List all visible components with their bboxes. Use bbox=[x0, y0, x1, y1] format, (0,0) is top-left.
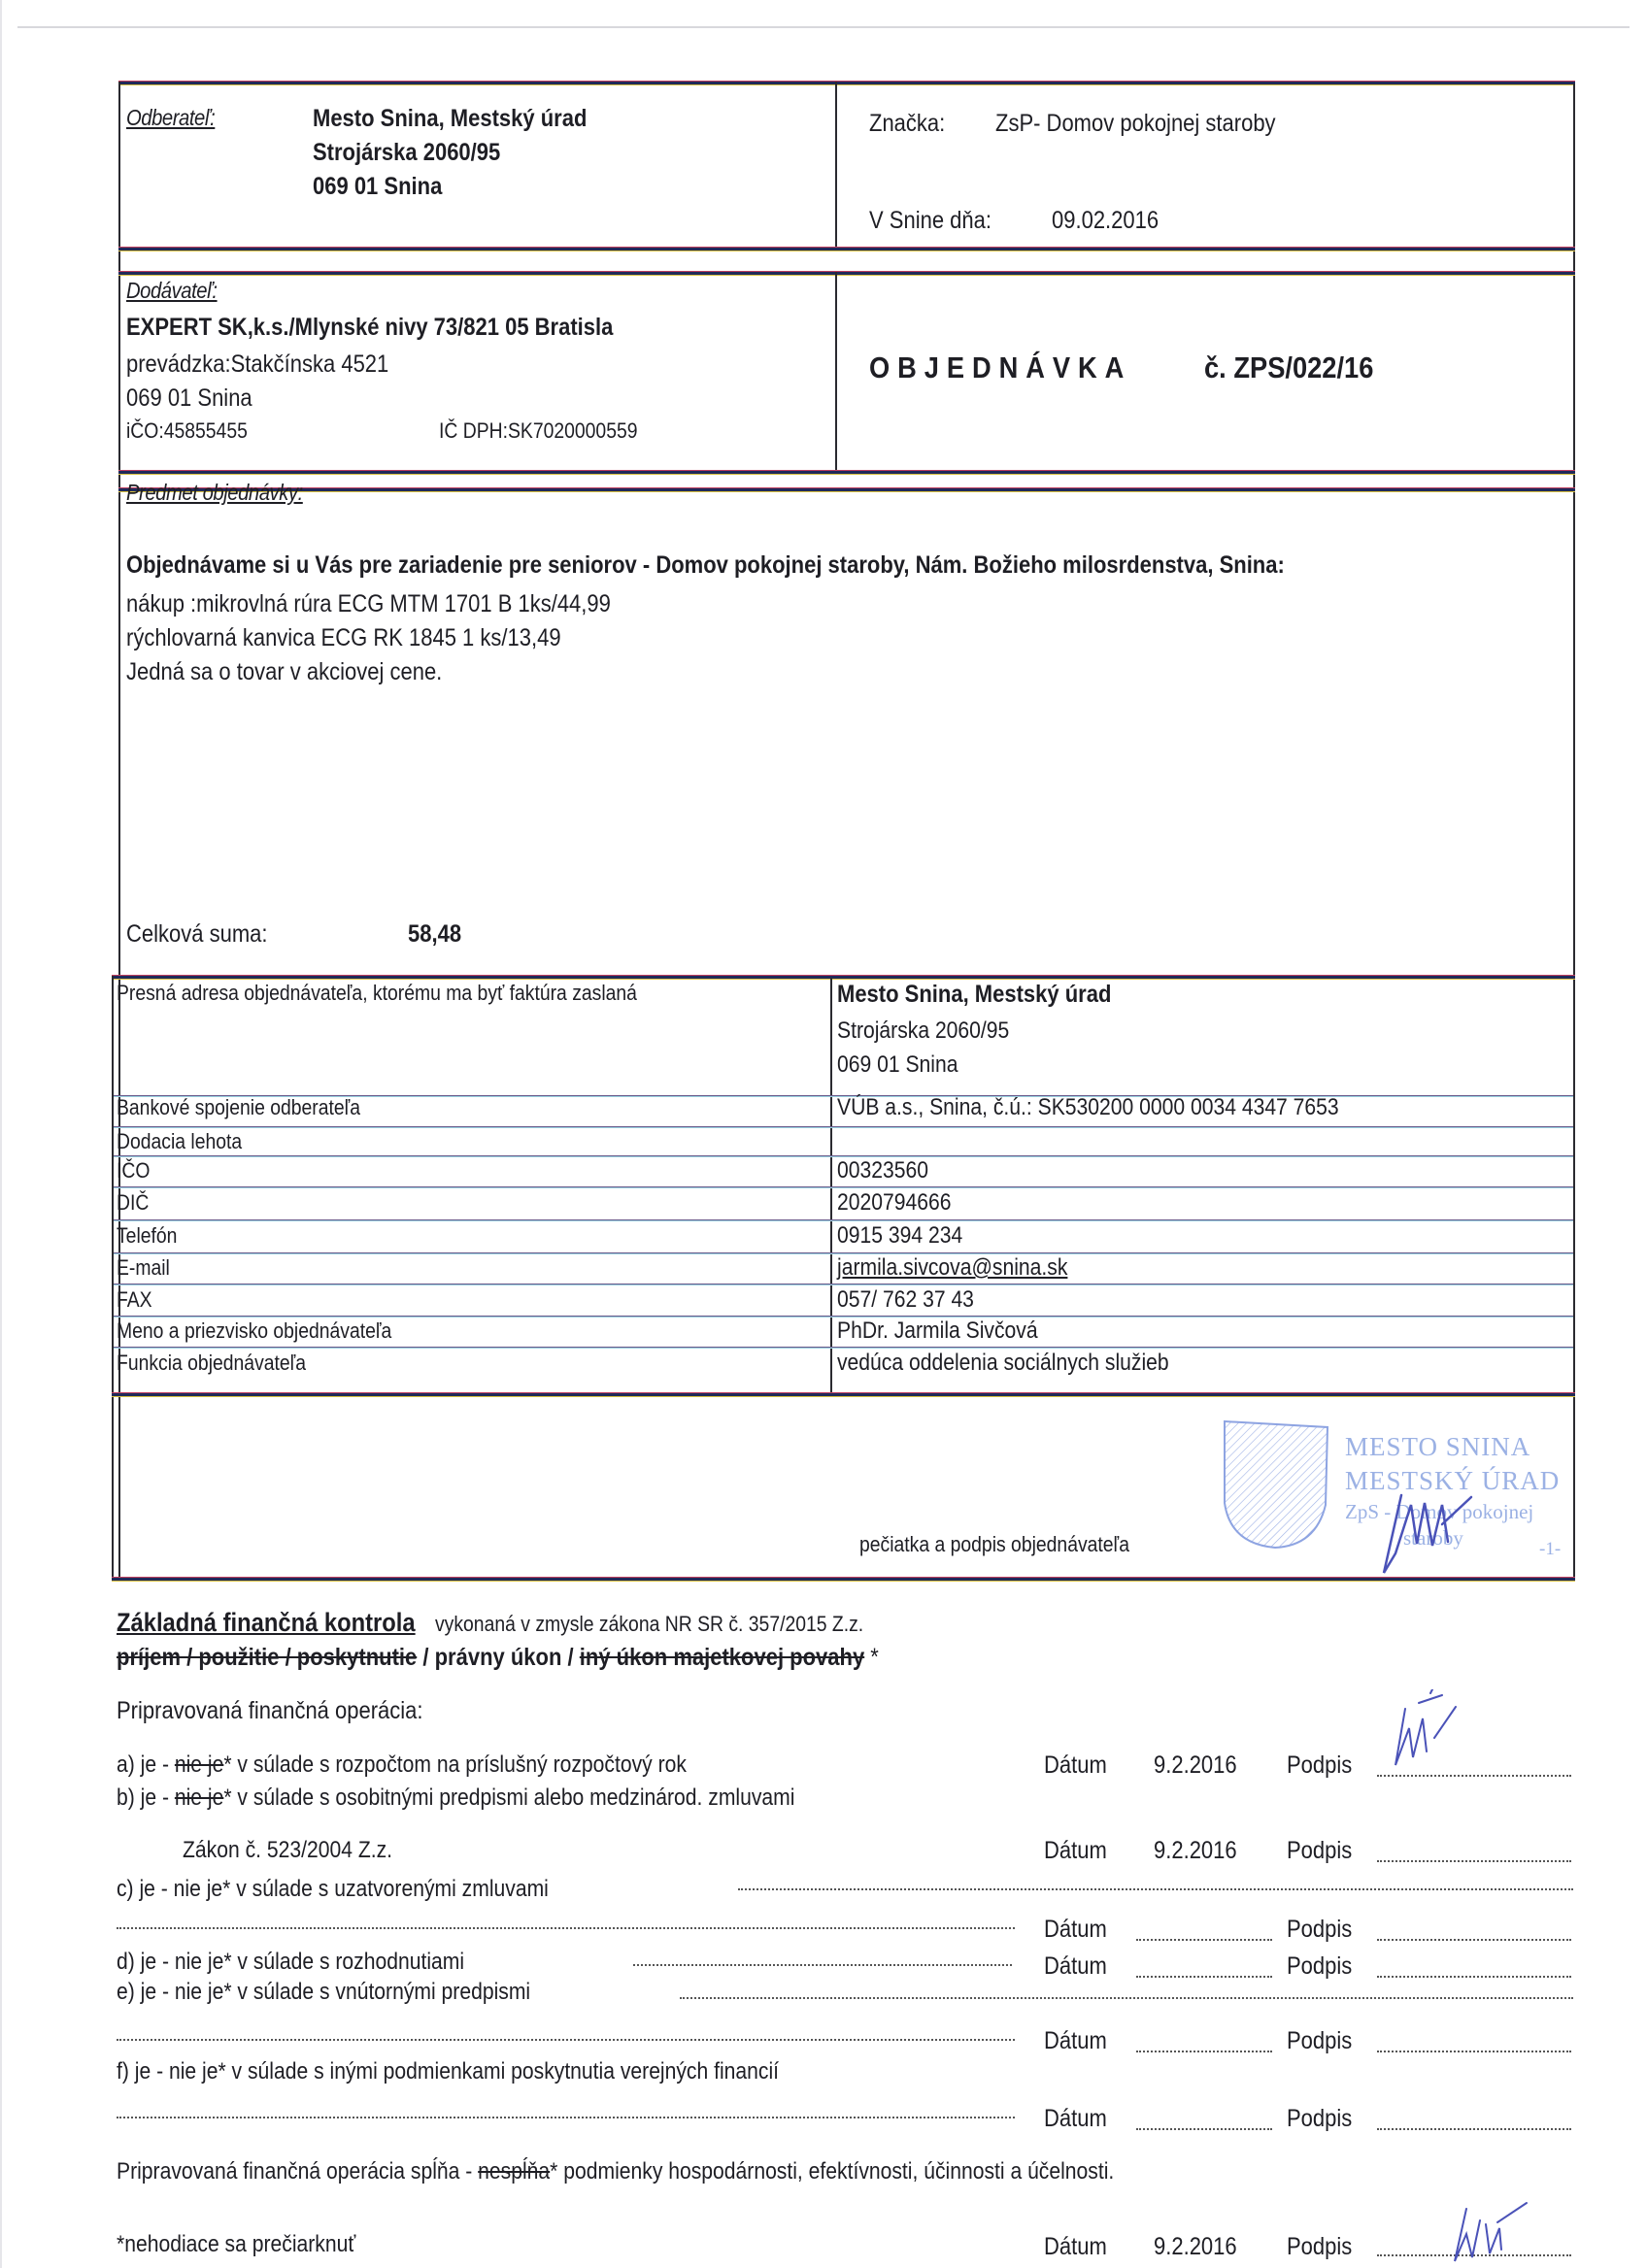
supplier-divider bbox=[835, 272, 837, 471]
fc-item: d) je - nie je* v súlade s rozhodnutiami bbox=[117, 1951, 464, 1974]
details-row-label: E-mail bbox=[117, 1257, 170, 1279]
final-sign-label: Podpis bbox=[1287, 2235, 1352, 2259]
conclusion: Pripravovaná finančná operácia spĺňa - n… bbox=[117, 2160, 1114, 2184]
fc-item-text: * v súlade s uzatvorenými zmluvami bbox=[222, 1876, 549, 1902]
fc-date-label: Dátum bbox=[1044, 1918, 1107, 1942]
signature-final-icon bbox=[1447, 2199, 1534, 2267]
customer-name: Mesto Snina, Mestský úrad bbox=[313, 107, 587, 131]
subject-item-kettle: rýchlovarná kanvica ECG RK 1845 1 ks/13,… bbox=[126, 626, 561, 650]
details-row-label: DIČ bbox=[117, 1192, 149, 1214]
details-row-label: Funkcia objednávateľa bbox=[117, 1352, 306, 1374]
details-top-rule bbox=[112, 976, 1575, 979]
table-border-right bbox=[1573, 83, 1575, 1579]
fc-date-label: Dátum bbox=[1044, 2029, 1107, 2053]
supplier-name: EXPERT SK,k.s./Mlynské nivy 73/821 05 Br… bbox=[126, 316, 613, 340]
subject-label: Predmet objednávky: bbox=[126, 482, 303, 504]
fc-date-label: Dátum bbox=[1044, 1839, 1107, 1863]
details-bottom-rule bbox=[112, 1393, 1575, 1396]
fc-date-label: Dátum bbox=[1044, 2107, 1107, 2131]
operation-type-sep: / bbox=[417, 1644, 434, 1671]
conclusion-pre: Pripravovaná finančná operácia spĺňa - bbox=[117, 2158, 478, 2185]
operation-type-struck-1: príjem / použitie / poskytnutie bbox=[117, 1644, 417, 1671]
fc-e-dots[interactable] bbox=[680, 1997, 1573, 1999]
subject-top-rule bbox=[118, 488, 1575, 491]
fc-item: e) je - nie je* v súlade s vnútornými pr… bbox=[117, 1981, 530, 2004]
date-label: V Snine dňa: bbox=[869, 209, 992, 233]
fc-item: a) je - nie je* v súlade s rozpočtom na … bbox=[117, 1753, 687, 1777]
operation-type-sep-2: / bbox=[561, 1644, 579, 1671]
final-date-value: 9.2.2016 bbox=[1154, 2235, 1237, 2259]
financial-control-title: Základná finančná kontrola bbox=[117, 1610, 416, 1636]
scan-top-rule bbox=[17, 26, 1630, 28]
table-border-top bbox=[118, 82, 1575, 84]
fc-date-label: Dátum bbox=[1044, 1753, 1107, 1778]
fc-item: c) je - nie je* v súlade s uzatvorenými … bbox=[117, 1878, 549, 1901]
header-bottom-rule bbox=[118, 248, 1575, 250]
order-number: č. ZPS/022/16 bbox=[1204, 352, 1373, 383]
details-row-value: 2020794666 bbox=[837, 1191, 951, 1215]
stamp-line-1: MESTO SNINA bbox=[1345, 1432, 1530, 1462]
details-row-rule bbox=[114, 1186, 1573, 1187]
fc-c-dots-2[interactable] bbox=[117, 1927, 1015, 1929]
supplier-ico: iČO:45855455 bbox=[126, 420, 248, 442]
details-row-value: 00323560 bbox=[837, 1159, 928, 1183]
fc-item-struck: nie je bbox=[175, 1784, 223, 1811]
total-label: Celková suma: bbox=[126, 922, 268, 947]
fc-sign-blank[interactable] bbox=[1377, 1939, 1571, 1941]
fc-item-prefix: d) je - nie je bbox=[117, 1949, 223, 1975]
details-row-value: 057/ 762 37 43 bbox=[837, 1288, 974, 1312]
supplier-top-rule bbox=[118, 272, 1575, 275]
operation-type-selected: právny úkon bbox=[435, 1644, 562, 1671]
details-border-left bbox=[112, 976, 114, 1578]
supplier-city: 069 01 Snina bbox=[126, 386, 252, 411]
details-row-rule bbox=[114, 1219, 1573, 1220]
fc-sign-blank[interactable] bbox=[1377, 2128, 1571, 2130]
fc-item-prefix: f) je - nie je bbox=[117, 2058, 218, 2085]
signature-a-icon bbox=[1384, 1689, 1462, 1777]
details-row-rule bbox=[114, 1252, 1573, 1253]
fc-sign-label: Podpis bbox=[1287, 1839, 1352, 1863]
fc-item-text: * v súlade s rozpočtom na príslušný rozp… bbox=[223, 1751, 687, 1778]
order-title: OBJEDNÁVKA bbox=[869, 352, 1131, 383]
scan-edge bbox=[0, 0, 2, 2268]
invoice-address-street: Strojárska 2060/95 bbox=[837, 1019, 1009, 1043]
fc-sign-blank[interactable] bbox=[1377, 1860, 1571, 1862]
fc-item: f) je - nie je* v súlade s inými podmien… bbox=[117, 2060, 779, 2084]
invoice-address-name: Mesto Snina, Mestský úrad bbox=[837, 983, 1111, 1007]
operation-type: príjem / použitie / poskytnutie / právny… bbox=[117, 1646, 879, 1670]
fc-item-prefix: b) je - bbox=[117, 1784, 175, 1811]
invoice-address-city: 069 01 Snina bbox=[837, 1053, 958, 1077]
fc-date-blank[interactable] bbox=[1136, 2051, 1272, 2052]
subject-item-microwave: nákup :mikrovlná rúra ECG MTM 1701 B 1ks… bbox=[126, 592, 611, 617]
stamp-line-5: -1- bbox=[1539, 1539, 1561, 1560]
customer-street: Strojárska 2060/95 bbox=[313, 141, 500, 165]
fc-sign-label: Podpis bbox=[1287, 2029, 1352, 2053]
details-row-label: Telefón bbox=[117, 1225, 177, 1247]
footnote: *nehodiace sa prečiarknuť bbox=[117, 2233, 355, 2256]
fc-sign-label: Podpis bbox=[1287, 1753, 1352, 1778]
fc-item-prefix: a) je - bbox=[117, 1751, 175, 1778]
conclusion-struck: nespĺňa bbox=[478, 2158, 550, 2185]
details-row-label: Meno a priezvisko objednávateľa bbox=[117, 1320, 391, 1342]
fc-sign-blank[interactable] bbox=[1377, 2051, 1571, 2052]
details-row-value: PhDr. Jarmila Sivčová bbox=[837, 1319, 1038, 1343]
fc-f-dots[interactable] bbox=[117, 2117, 1015, 2118]
customer-city: 069 01 Snina bbox=[313, 175, 442, 199]
details-row-label: Dodacia lehota bbox=[117, 1131, 242, 1152]
total-value: 58,48 bbox=[408, 922, 461, 947]
details-row-rule bbox=[114, 1284, 1573, 1284]
financial-control-law: vykonaná v zmysle zákona NR SR č. 357/20… bbox=[435, 1614, 863, 1635]
coat-of-arms-stamp-icon bbox=[1219, 1417, 1335, 1553]
fc-item-prefix: e) je - nie je bbox=[117, 1979, 223, 2005]
supplier-bottom-rule bbox=[118, 471, 1575, 474]
details-row-label: IČO bbox=[117, 1160, 150, 1182]
header-divider bbox=[835, 82, 837, 250]
fc-item-text: * v súlade s rozhodnutiami bbox=[223, 1949, 464, 1975]
fc-item-struck: nie je bbox=[175, 1751, 223, 1778]
details-row-rule bbox=[114, 1316, 1573, 1317]
details-row-value: VÚB a.s., Snina, č.ú.: SK530200 0000 003… bbox=[837, 1096, 1339, 1119]
fc-date-blank[interactable] bbox=[1136, 2128, 1272, 2130]
fc-item-text: * v súlade s inými podmienkami poskytnut… bbox=[218, 2058, 779, 2085]
fc-item-prefix: c) je - nie je bbox=[117, 1876, 222, 1902]
details-row-value: vedúca oddelenia sociálnych služieb bbox=[837, 1351, 1169, 1375]
form-bottom-rule bbox=[112, 1578, 1575, 1581]
fc-e-dots-2[interactable] bbox=[117, 2039, 1015, 2041]
fc-sign-label: Podpis bbox=[1287, 1918, 1352, 1942]
fc-item: b) je - nie je* v súlade s osobitnými pr… bbox=[117, 1786, 794, 1810]
fc-d-dots[interactable] bbox=[633, 1964, 1012, 1966]
fc-item-text: * v súlade s vnútornými predpismi bbox=[223, 1979, 530, 2005]
fc-sign-label: Podpis bbox=[1287, 2107, 1352, 2131]
customer-label: Odberateľ: bbox=[126, 107, 215, 129]
subject-note: Jedná sa o tovar v akciovej cene. bbox=[126, 660, 442, 684]
fc-c-dots[interactable] bbox=[738, 1888, 1573, 1890]
details-divider bbox=[830, 978, 832, 1393]
details-row-rule bbox=[114, 1347, 1573, 1348]
fc-date-blank[interactable] bbox=[1136, 1939, 1272, 1941]
date-value: 09.02.2016 bbox=[1052, 209, 1159, 233]
invoice-address-label: Presná adresa objednávateľa, ktorému ma … bbox=[117, 983, 637, 1004]
ref-value: ZsP- Domov pokojnej staroby bbox=[995, 112, 1276, 136]
subject-intro: Objednávame si u Vás pre zariadenie pre … bbox=[126, 553, 1285, 578]
fc-date-label: Dátum bbox=[1044, 1954, 1107, 1979]
prepared-label: Pripravovaná finančná operácia: bbox=[117, 1699, 423, 1723]
email-link[interactable]: jarmila.sivcova@snina.sk bbox=[837, 1256, 1067, 1280]
fc-date-value: 9.2.2016 bbox=[1154, 1753, 1237, 1778]
signature-stamp-icon bbox=[1374, 1485, 1481, 1583]
ref-label: Značka: bbox=[869, 112, 945, 136]
details-row-value: 0915 394 234 bbox=[837, 1224, 962, 1248]
conclusion-post: * podmienky hospodárnosti, efektívnosti,… bbox=[550, 2158, 1114, 2185]
supplier-branch: prevádzka:Stakčínska 4521 bbox=[126, 352, 388, 377]
fc-sign-blank[interactable] bbox=[1377, 1976, 1571, 1978]
operation-type-struck-2: iný úkon majetkovej povahy bbox=[580, 1644, 864, 1671]
details-row-label: FAX bbox=[117, 1289, 152, 1311]
fc-date-value: 9.2.2016 bbox=[1154, 1839, 1237, 1863]
supplier-label: Dodávateľ: bbox=[126, 280, 218, 302]
operation-type-star: * bbox=[864, 1644, 879, 1671]
details-row-rule bbox=[114, 1155, 1573, 1156]
details-row-label: Bankové spojenie odberateľa bbox=[117, 1097, 360, 1118]
fc-date-blank[interactable] bbox=[1136, 1976, 1272, 1978]
fc-item-law: Zákon č. 523/2004 Z.z. bbox=[183, 1839, 392, 1862]
supplier-ic-dph: IČ DPH:SK7020000559 bbox=[439, 420, 637, 442]
fc-item-text: * v súlade s osobitnými predpismi alebo … bbox=[223, 1784, 794, 1811]
final-date-label: Dátum bbox=[1044, 2235, 1107, 2259]
details-row-rule bbox=[114, 1126, 1573, 1127]
financial-control-heading: Základná finančná kontrola vykonaná v zm… bbox=[117, 1610, 922, 1636]
fc-sign-label: Podpis bbox=[1287, 1954, 1352, 1979]
stamp-caption: pečiatka a podpis objednávateľa bbox=[859, 1534, 1129, 1555]
